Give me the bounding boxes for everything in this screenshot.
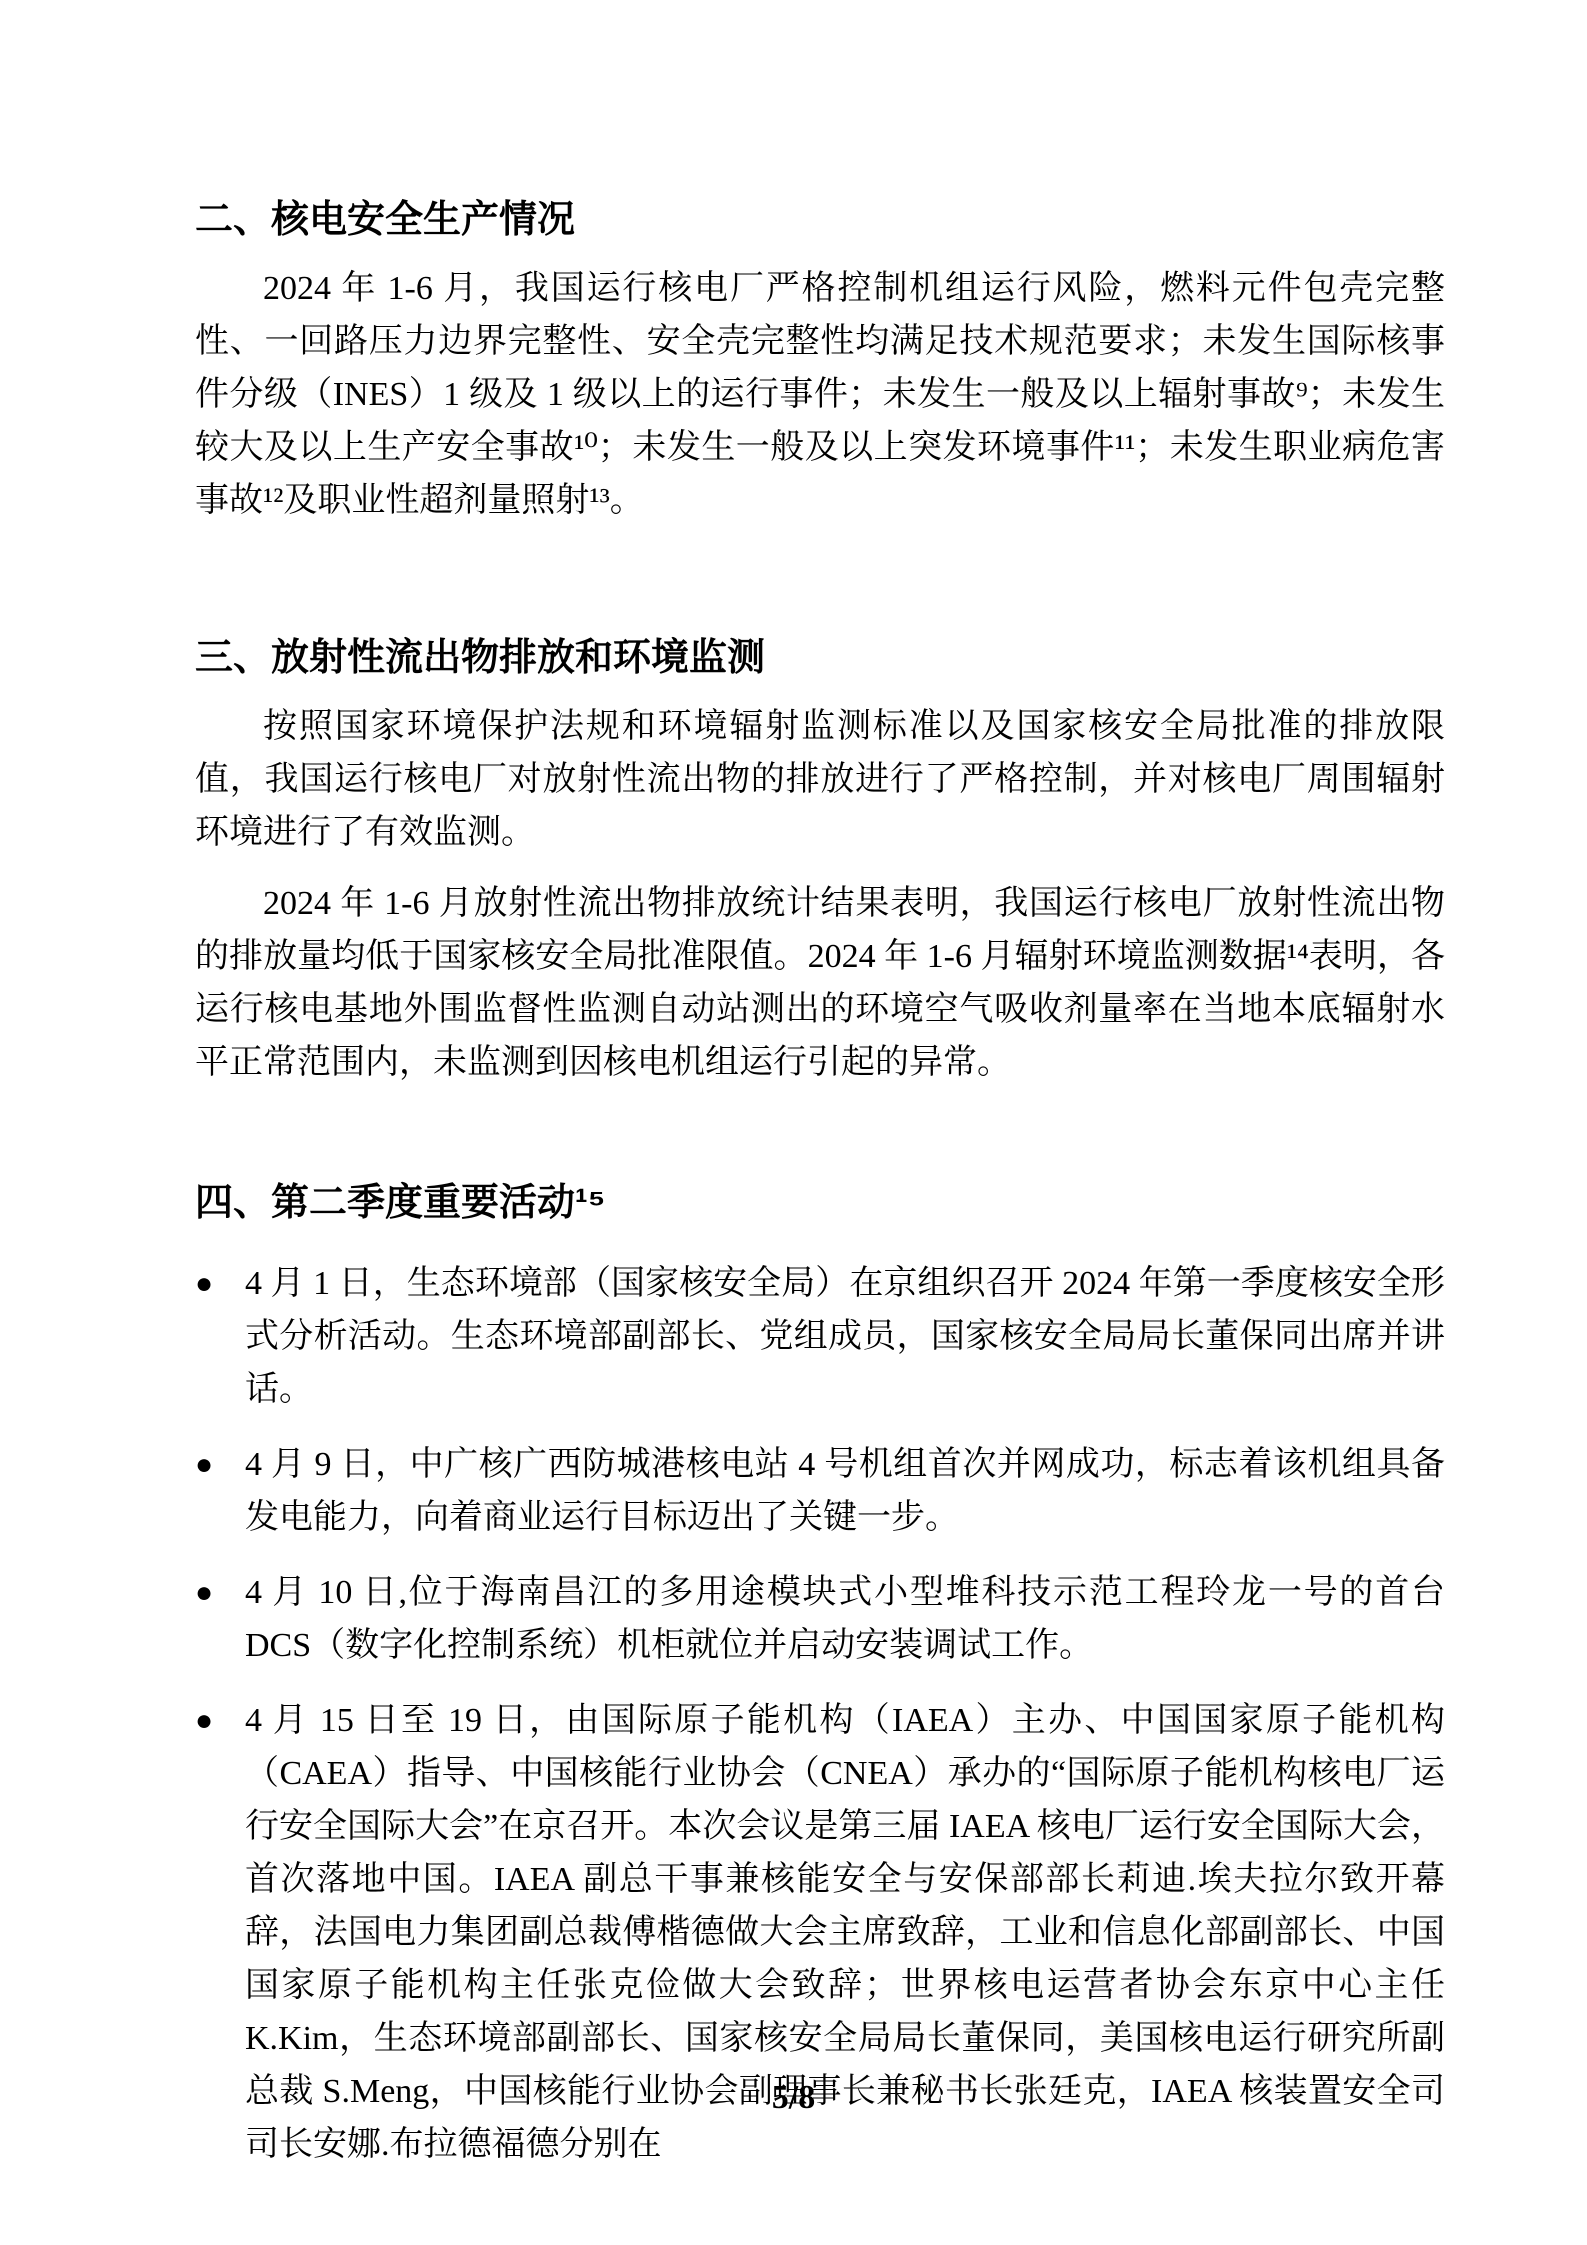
- section-q2-important-activities: 四、第二季度重要活动¹⁵ ● 4 月 1 日，生态环境部（国家核安全局）在京组织…: [195, 1179, 1445, 2171]
- section-two-heading: 二、核电安全生产情况: [195, 196, 1445, 244]
- bullet-text: 4 月 9 日，中广核广西防城港核电站 4 号机组首次并网成功，标志着该机组具备…: [245, 1438, 1445, 1544]
- bullet-icon: ●: [195, 1257, 245, 1310]
- section-two-paragraph: 2024 年 1-6 月，我国运行核电厂严格控制机组运行风险，燃料元件包壳完整性…: [195, 262, 1445, 527]
- page-number: 5/8: [0, 2078, 1587, 2118]
- bullet-icon: ●: [195, 1438, 245, 1491]
- list-item: ● 4 月 10 日,位于海南昌江的多用途模块式小型堆科技示范工程玲龙一号的首台…: [195, 1566, 1445, 1672]
- list-item: ● 4 月 9 日，中广核广西防城港核电站 4 号机组首次并网成功，标志着该机组…: [195, 1438, 1445, 1544]
- bullet-icon: ●: [195, 1694, 245, 1747]
- section-three-paragraph-1: 按照国家环境保护法规和环境辐射监测标准以及国家核安全局批准的排放限值，我国运行核…: [195, 700, 1445, 859]
- bullet-text: 4 月 10 日,位于海南昌江的多用途模块式小型堆科技示范工程玲龙一号的首台 D…: [245, 1566, 1445, 1672]
- section-four-heading: 四、第二季度重要活动¹⁵: [195, 1179, 1445, 1227]
- section-three-paragraph-2: 2024 年 1-6 月放射性流出物排放统计结果表明，我国运行核电厂放射性流出物…: [195, 877, 1445, 1089]
- section-three-heading: 三、放射性流出物排放和环境监测: [195, 634, 1445, 682]
- document-page: 二、核电安全生产情况 2024 年 1-6 月，我国运行核电厂严格控制机组运行风…: [0, 0, 1587, 2245]
- list-item: ● 4 月 1 日，生态环境部（国家核安全局）在京组织召开 2024 年第一季度…: [195, 1257, 1445, 1416]
- bullet-icon: ●: [195, 1566, 245, 1619]
- section-nuclear-safety-production: 二、核电安全生产情况 2024 年 1-6 月，我国运行核电厂严格控制机组运行风…: [195, 196, 1445, 527]
- bullet-text: 4 月 1 日，生态环境部（国家核安全局）在京组织召开 2024 年第一季度核安…: [245, 1257, 1445, 1416]
- section-radioactive-effluent-monitoring: 三、放射性流出物排放和环境监测 按照国家环境保护法规和环境辐射监测标准以及国家核…: [195, 634, 1445, 1089]
